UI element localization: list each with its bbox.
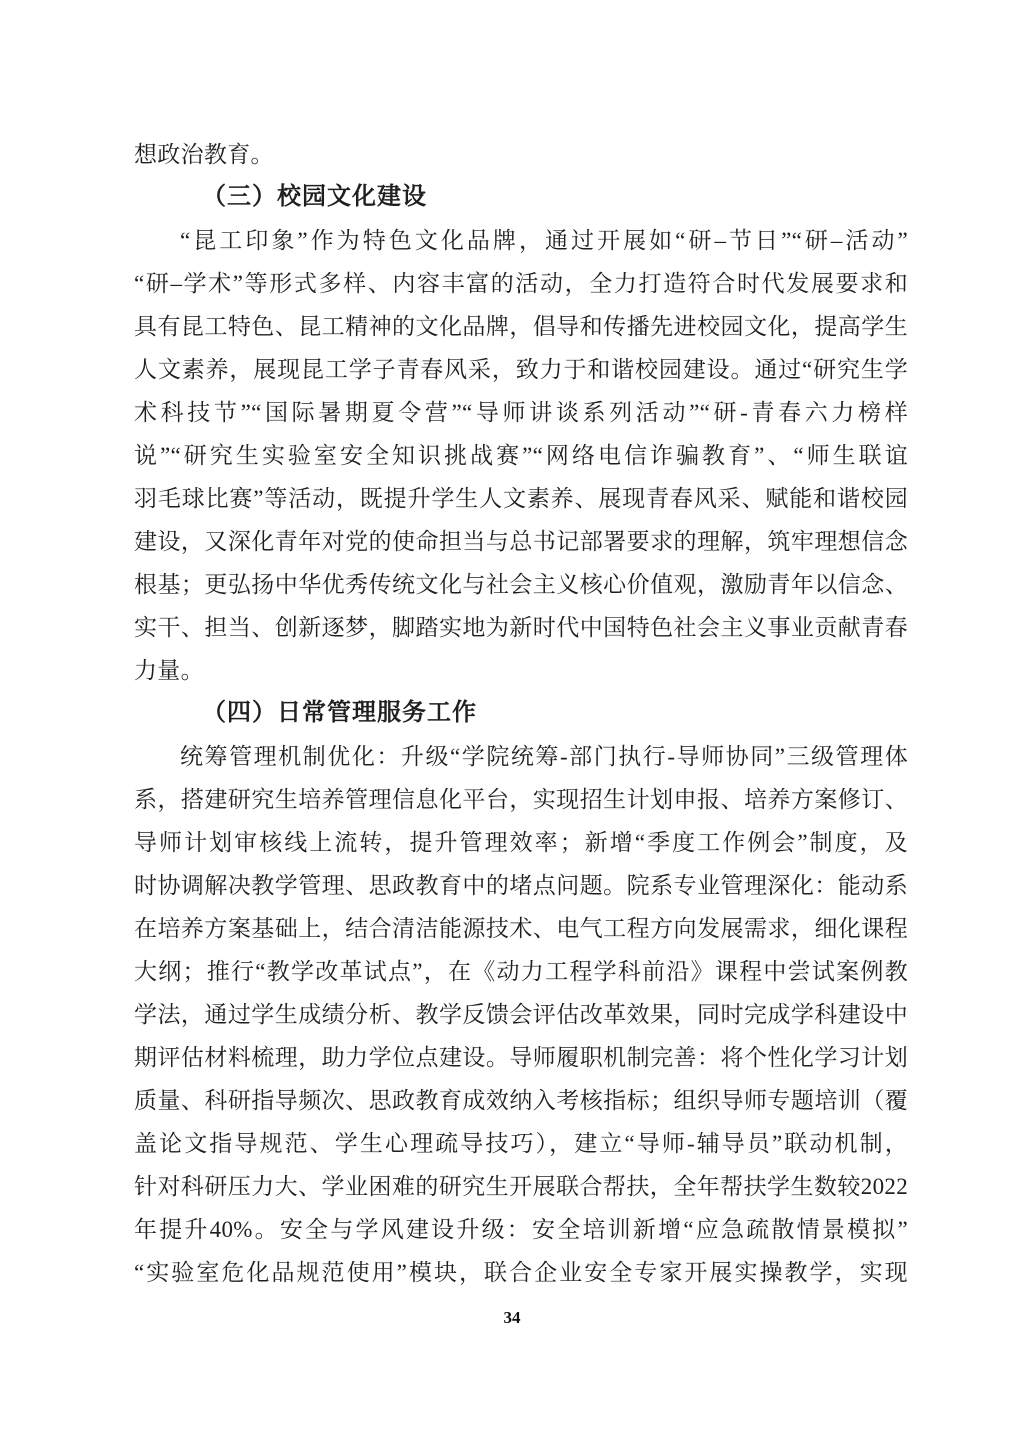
text-line: 导师计划审核线上流转，提升管理效率；新增“季度工作例会”制度，及 <box>134 821 908 864</box>
text-line: “研–学术”等形式多样、内容丰富的活动，全力打造符合时代发展要求和 <box>134 262 908 305</box>
text-line: 学法，通过学生成绩分析、教学反馈会评估改革效果，同时完成学科建设中 <box>134 993 908 1036</box>
text-line: 质量、科研指导频次、思政教育成效纳入考核指标；组织导师专题培训（覆 <box>134 1079 908 1122</box>
text-line: 统筹管理机制优化：升级“学院统筹-部门执行-导师协同”三级管理体 <box>134 735 908 778</box>
text-line: 根基；更弘扬中华优秀传统文化与社会主义核心价值观，激励青年以信念、 <box>134 563 908 606</box>
text-line: 系，搭建研究生培养管理信息化平台，实现招生计划申报、培养方案修订、 <box>134 778 908 821</box>
text-line: “实验室危化品规范使用”模块，联合企业安全专家开展实操教学，实现 <box>134 1251 908 1294</box>
text-line: 时协调解决教学管理、思政教育中的堵点问题。院系专业管理深化：能动系 <box>134 864 908 907</box>
text-line: 针对科研压力大、学业困难的研究生开展联合帮扶，全年帮扶学生数较2022 <box>134 1165 908 1208</box>
text-line: 大纲；推行“教学改革试点”，在《动力工程学科前沿》课程中尝试案例教 <box>134 950 908 993</box>
section-heading: （三）校园文化建设 <box>134 176 908 219</box>
text-line: 说”“研究生实验室安全知识挑战赛”“网络电信诈骗教育”、“师生联谊 <box>134 434 908 477</box>
text-line: 建设，又深化青年对党的使命担当与总书记部署要求的理解，筑牢理想信念 <box>134 520 908 563</box>
document-page: 想政治教育。（三）校园文化建设“昆工印象”作为特色文化品牌，通过开展如“研–节日… <box>0 0 1024 1447</box>
section-heading: （四）日常管理服务工作 <box>134 692 908 735</box>
text-line: 在培养方案基础上，结合清洁能源技术、电气工程方向发展需求，细化课程 <box>134 907 908 950</box>
text-line: 想政治教育。 <box>134 133 908 176</box>
text-line: 实干、担当、创新逐梦，脚踏实地为新时代中国特色社会主义事业贡献青春 <box>134 606 908 649</box>
text-line: 年提升40%。安全与学风建设升级：安全培训新增“应急疏散情景模拟” <box>134 1208 908 1251</box>
text-line: 期评估材料梳理，助力学位点建设。导师履职机制完善：将个性化学习计划 <box>134 1036 908 1079</box>
text-line: 术科技节”“国际暑期夏令营”“导师讲谈系列活动”“研-青春六力榜样 <box>134 391 908 434</box>
text-line: 具有昆工特色、昆工精神的文化品牌，倡导和传播先进校园文化，提高学生 <box>134 305 908 348</box>
text-line: “昆工印象”作为特色文化品牌，通过开展如“研–节日”“研–活动” <box>134 219 908 262</box>
text-line: 力量。 <box>134 649 908 692</box>
page-number: 34 <box>0 1308 1024 1328</box>
text-line: 羽毛球比赛”等活动，既提升学生人文素养、展现青春风采、赋能和谐校园 <box>134 477 908 520</box>
document-body: 想政治教育。（三）校园文化建设“昆工印象”作为特色文化品牌，通过开展如“研–节日… <box>134 133 908 1294</box>
text-line: 人文素养，展现昆工学子青春风采，致力于和谐校园建设。通过“研究生学 <box>134 348 908 391</box>
text-line: 盖论文指导规范、学生心理疏导技巧），建立“导师-辅导员”联动机制， <box>134 1122 908 1165</box>
